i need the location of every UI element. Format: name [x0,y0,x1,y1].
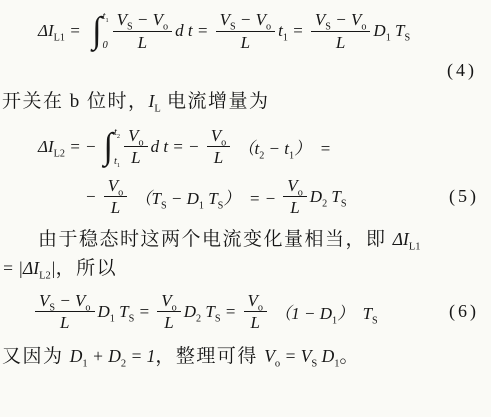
fraction-denominator: L [290,197,299,218]
math-run: t1 = [278,21,308,41]
math-run: − [85,187,101,207]
math-run: D1 TS [373,21,410,41]
integral-upper-limit: t1 [103,11,109,22]
integral: ∫t10 [92,10,108,52]
math-run: D1 TS = [98,302,155,322]
subscript: L1 [54,32,65,43]
math-run: d t = − [151,137,204,157]
subscript: L2 [54,148,65,159]
subscript: o [163,21,168,32]
integral-sign-icon: ∫ [92,13,101,50]
equation-6-number: (6) [449,301,479,322]
fraction-numerator: Vo [157,291,180,313]
math-fraction: VS − VoL [311,10,371,52]
subscript: 2 [196,313,201,324]
math-run: D2 TS = [184,302,241,322]
subscript: S [325,21,331,32]
subscript: S [215,313,221,324]
subscript: 1 [105,17,108,24]
subscript: S [372,316,378,327]
math-fraction: VoL [104,176,127,218]
fraction-numerator: Vo [244,291,267,313]
fraction-denominator: L [60,312,69,333]
subscript: o [275,359,280,370]
fraction-denominator: L [138,32,147,53]
math-fraction: VoL [124,126,147,168]
math-fraction: VoL [157,291,180,333]
math-run: d t = [175,21,212,41]
subscript: S [49,302,55,313]
subscript: S [405,32,411,43]
math-run: Vo = VS D1 [264,346,339,366]
subscript: 1 [117,162,120,169]
math-fraction: VoL [244,291,267,333]
math-fraction: VS − VoL [35,291,95,333]
subscript: 1 [199,201,204,212]
document-page: ΔIL1 = ∫t10VS − VoLd t = VS − VoLt1 = VS… [0,0,491,417]
math-fraction: VS − VoL [216,10,276,52]
integral: ∫t2t1 [104,126,120,168]
fraction-numerator: Vo [104,176,127,198]
subscript: 1 [283,32,288,43]
math-fraction: VoL [283,176,306,218]
math-run: ΔIL2 = − [38,137,101,157]
fraction-denominator: L [214,147,223,168]
math-run: = |ΔIL2| [2,258,56,278]
fraction-numerator: Vo [124,126,147,148]
math-run: ΔIL1 [393,229,421,249]
math-fraction: VS − VoL [113,10,173,52]
fraction-numerator: Vo [207,126,230,148]
text-run: 由于稳态时这两个电流变化量相当，即 [38,229,393,250]
subscript: L1 [409,241,421,252]
equation-5-line-2: − VoL （TS − D1 TS） = − VoLD2 TS (5) [0,176,491,218]
fraction-numerator: VS − Vo [113,10,173,32]
subscript: o [85,302,90,313]
text-run: 电流增量为 [161,91,270,112]
text-run: 又因为 [2,346,70,367]
text-run: 开关在 b 位时， [2,91,149,112]
subscript: 2 [322,198,327,209]
equation-5-number: (5) [449,186,479,207]
fraction-numerator: Vo [283,176,306,198]
fraction-denominator: L [111,197,120,218]
text-run: ，所以 [56,258,118,279]
math-run: D1 + D2 = 1 [70,346,156,366]
fraction-denominator: L [131,147,140,168]
text-run: 。 [340,346,361,367]
math-run: D2 TS [310,187,347,207]
subscript: S [341,198,347,209]
math-fraction: VoL [207,126,230,168]
paragraph-steady-state-line-1: 由于稳态时这两个电流变化量相当，即 ΔIL1 [0,226,491,254]
equation-6-body: VS − VoLD1 TS = VoLD2 TS = VoL （1 − D1） … [32,291,378,333]
fraction-denominator: L [251,312,260,333]
subscript: 1 [110,313,115,324]
subscript: 2 [121,359,126,370]
subscript: 1 [332,316,337,327]
fraction-denominator: L [241,32,250,53]
subscript: S [127,21,133,32]
integral-lower-limit: 0 [103,40,109,51]
subscript: S [161,201,167,212]
integral-sign-icon: ∫ [104,128,113,165]
fraction-denominator: L [336,32,345,53]
subscript: 1 [289,151,294,162]
math-run: （TS − D1 TS） = − [130,184,280,209]
subscript: S [230,21,236,32]
paragraph-steady-state-line-2: = |ΔIL2|，所以 [0,255,491,283]
equation-4-number: (4) [447,60,477,80]
text-run: ，整理可得 [155,346,264,367]
integral-upper-limit: t2 [114,127,120,138]
paragraph-switch-position-b: 开关在 b 位时，IL 电流增量为 [0,88,491,116]
integral-limits: t10 [103,10,109,52]
fraction-numerator: VS − Vo [35,291,95,313]
equation-6: VS − VoLD1 TS = VoLD2 TS = VoL （1 − D1） … [0,291,491,333]
fraction-numerator: VS − Vo [216,10,276,32]
math-run: IL [149,91,161,111]
integral-lower-limit: t1 [114,156,120,167]
math-run: （1 − D1） TS [270,299,378,324]
fraction-numerator: VS − Vo [311,10,371,32]
subscript: 1 [386,32,391,43]
subscript: o [266,21,271,32]
subscript: S [311,359,317,370]
subscript: S [218,201,224,212]
subscript: L2 [39,271,51,282]
equation-4: ΔIL1 = ∫t10VS − VoLd t = VS − VoLt1 = VS… [38,10,491,52]
fraction-denominator: L [164,312,173,333]
equation-5-line-1: ΔIL2 = − ∫t2t1VoLd t = − VoL （t2 − t1） = [38,126,491,168]
math-run: ΔIL1 = [38,21,89,41]
subscript: S [129,313,135,324]
subscript: 2 [259,151,264,162]
equation-4-number-row: (4) [0,60,491,81]
equation-5-continuation: − VoL （TS − D1 TS） = − VoLD2 TS [85,176,347,218]
subscript: 1 [82,359,87,370]
subscript: 2 [117,133,120,140]
integral-limits: t2t1 [114,126,120,168]
math-run: （t2 − t1） = [233,134,331,159]
subscript: o [361,21,366,32]
paragraph-conclusion: 又因为 D1 + D2 = 1，整理可得 Vo = VS D1。 [0,343,491,371]
